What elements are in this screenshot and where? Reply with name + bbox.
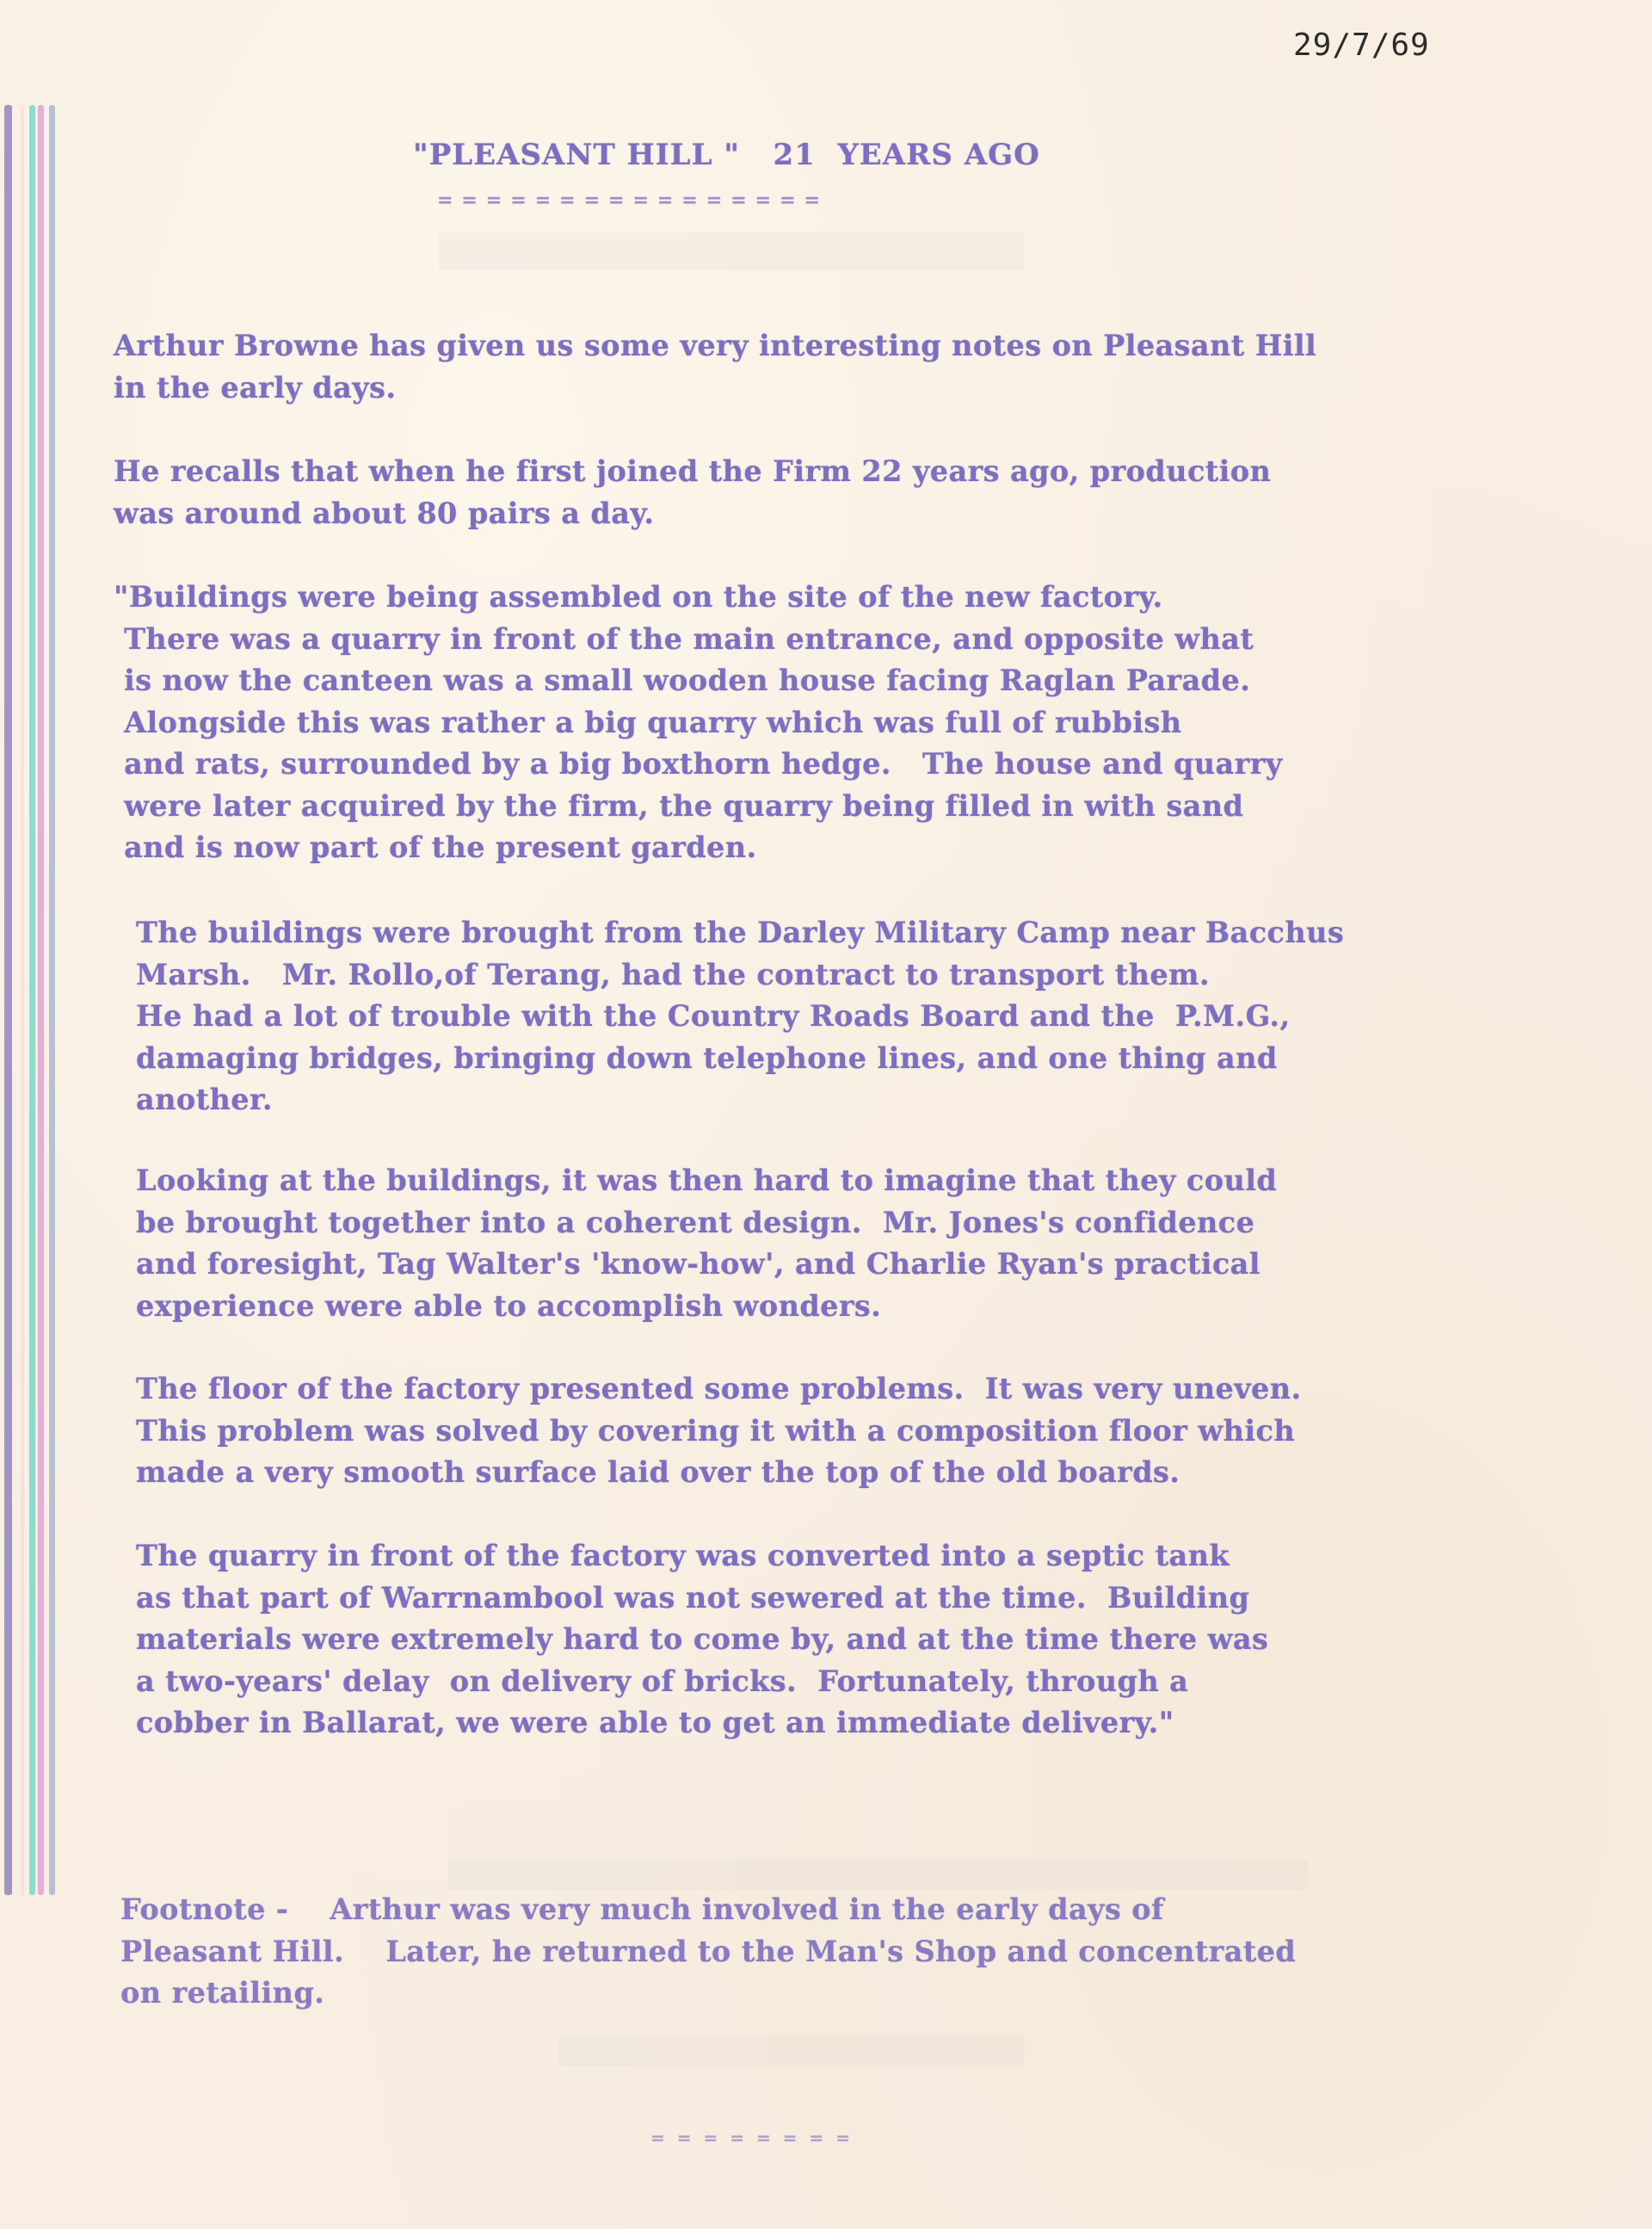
binder-line-pink — [38, 105, 44, 1895]
paragraph-septic-tank: The quarry in front of the factory was c… — [136, 1535, 1268, 1744]
document-date: 29/7/69 — [1293, 28, 1430, 63]
paragraph-floor: The floor of the factory presented some … — [136, 1368, 1302, 1494]
paragraph-design: Looking at the buildings, it was then ha… — [136, 1160, 1277, 1327]
binder-line-blue — [49, 105, 55, 1895]
page-title: "PLEASANT HILL " 21 YEARS AGO — [413, 138, 1040, 172]
paragraph-darley-camp: The buildings were brought from the Darl… — [136, 912, 1344, 1121]
bleed-through-text — [447, 1859, 1308, 1890]
binder-line-faint-pink — [21, 105, 24, 1895]
paragraph-buildings-site: "Buildings were being assembled on the s… — [114, 577, 1283, 869]
binder-line-purple — [4, 105, 12, 1895]
footnote: Footnote - Arthur was very much involved… — [120, 1889, 1296, 2015]
bleed-through-text — [439, 232, 1024, 270]
binder-line-green — [29, 105, 35, 1895]
bleed-through-text — [559, 2035, 1024, 2066]
end-divider: ======== — [650, 2127, 862, 2148]
paragraph-intro: Arthur Browne has given us some very int… — [114, 325, 1316, 409]
paragraph-production: He recalls that when he first joined the… — [114, 451, 1271, 534]
title-underline: ================ — [437, 189, 829, 212]
